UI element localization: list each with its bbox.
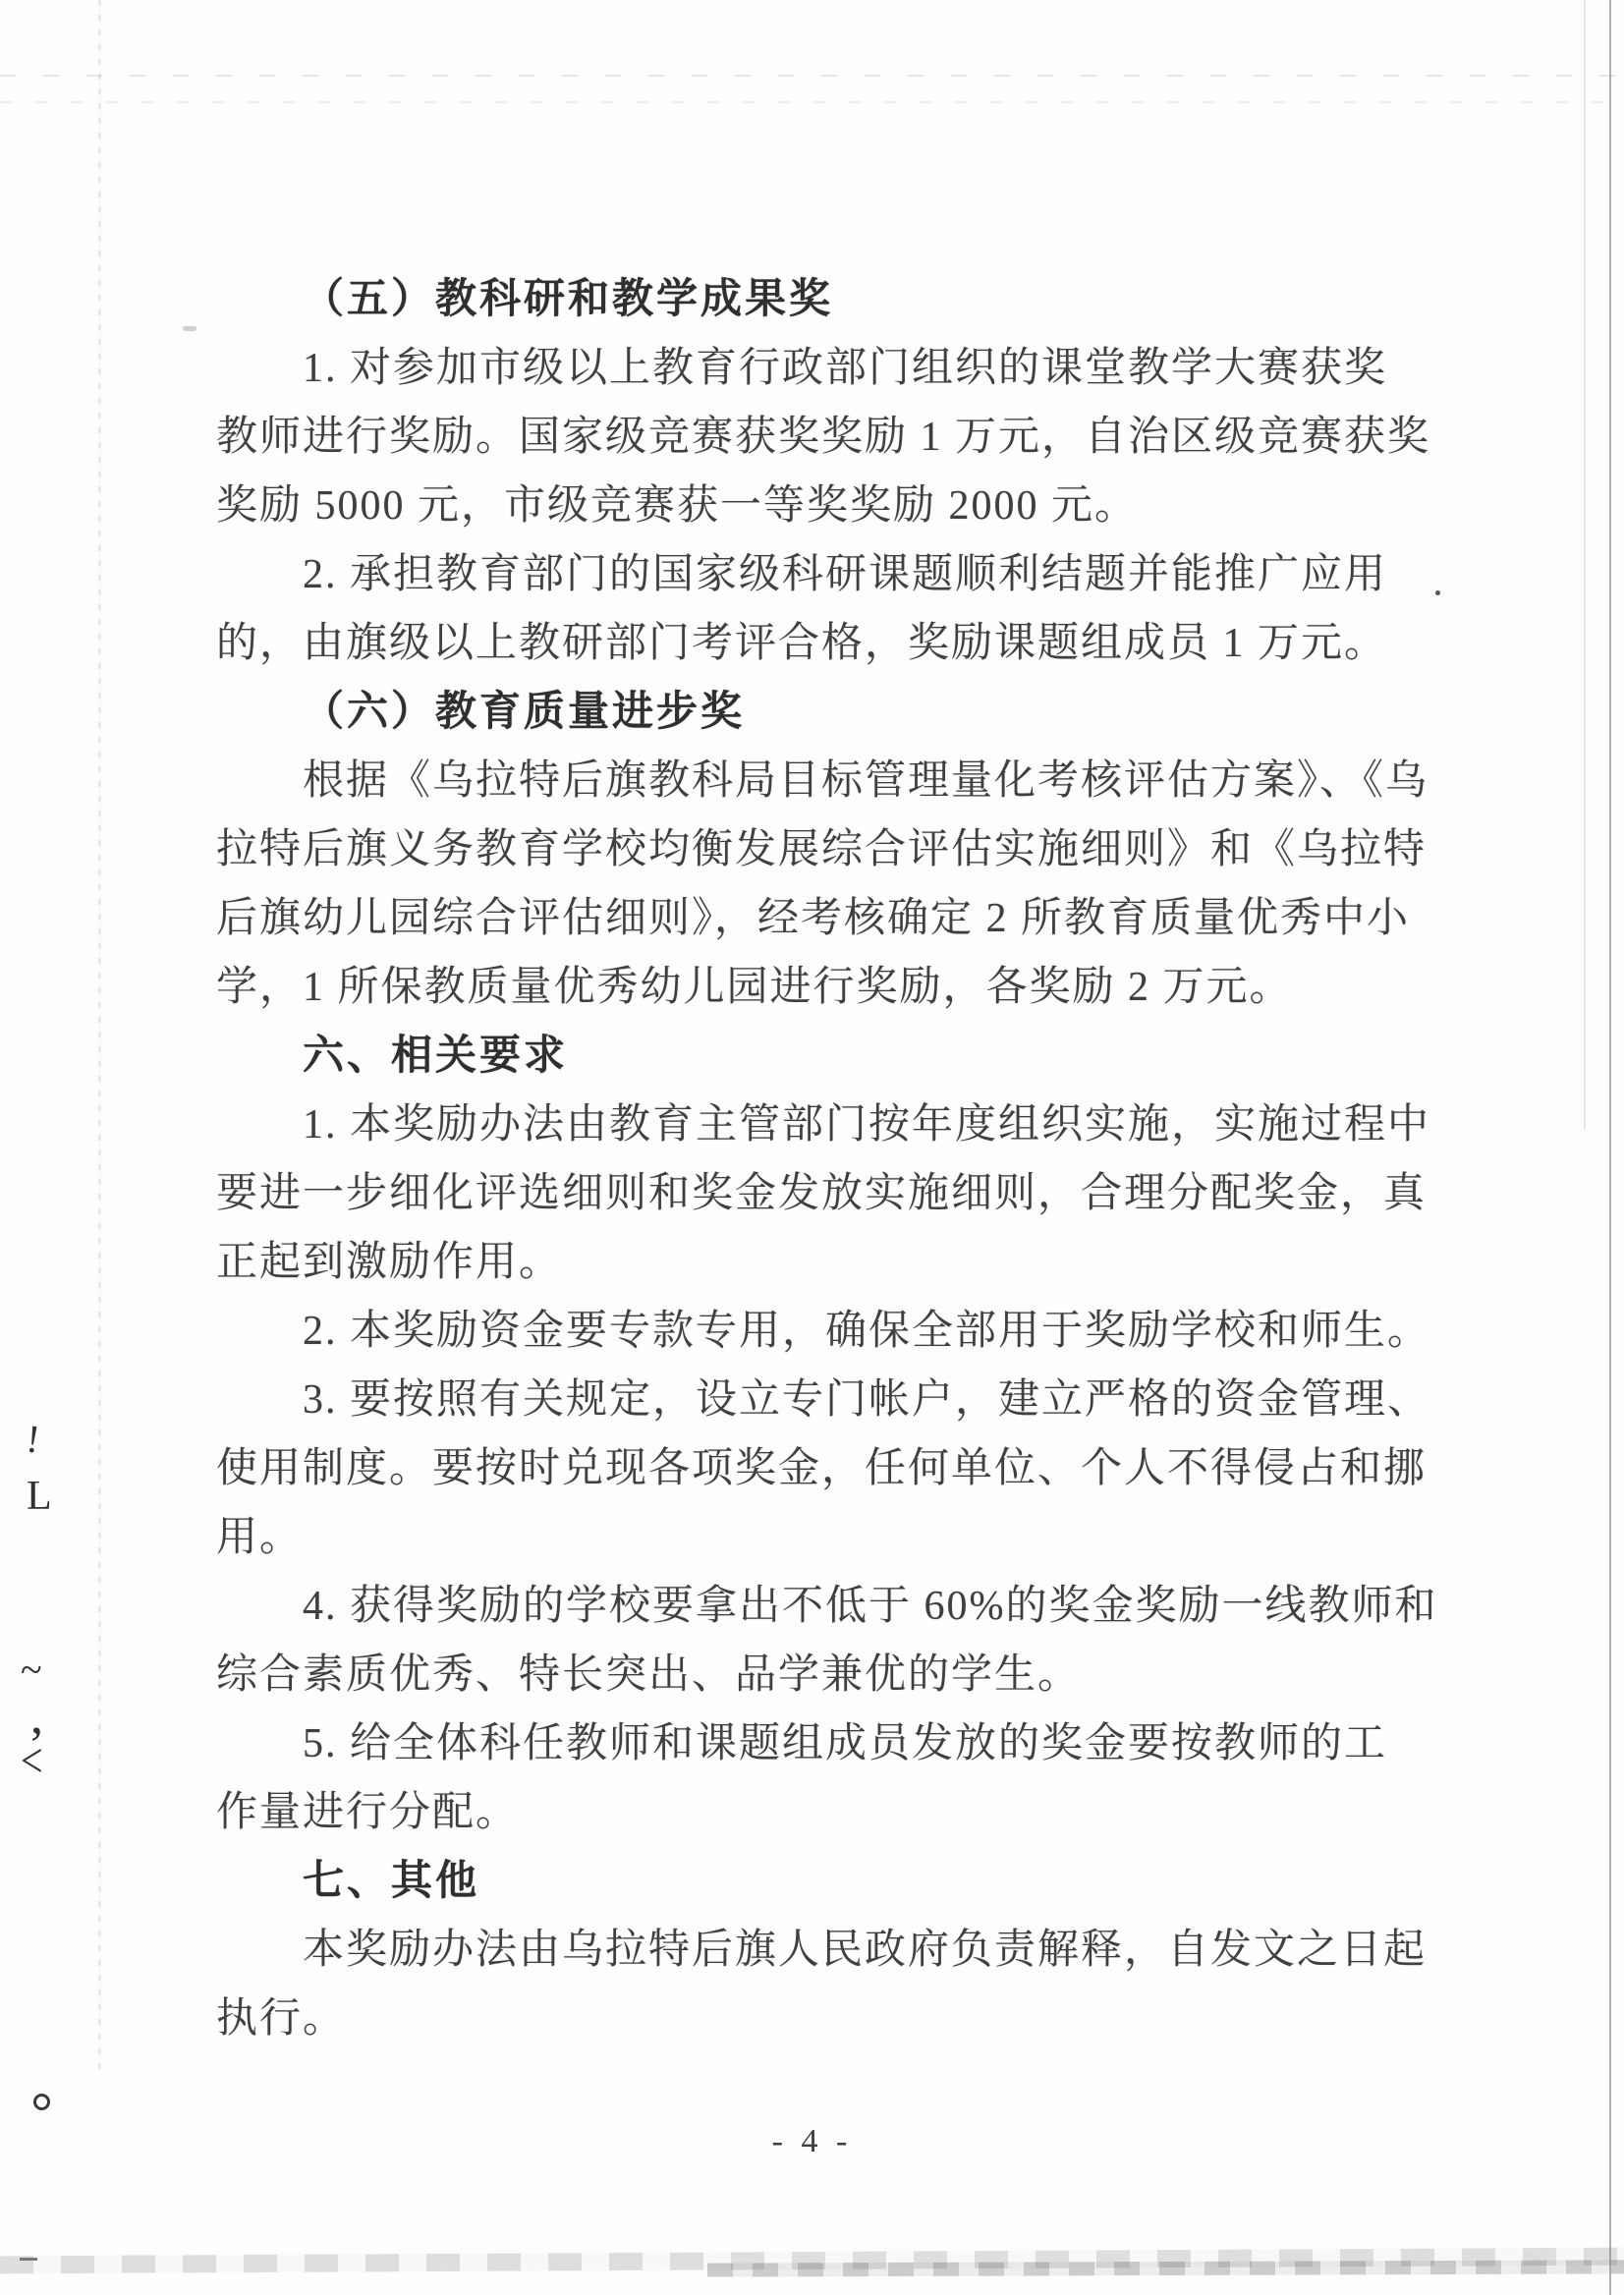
bottom-scan-noise-band-2 bbox=[707, 2260, 1624, 2276]
edge-cutoff-glyph: L bbox=[27, 1476, 52, 1517]
edge-cutoff-glyph: ! bbox=[25, 1419, 42, 1459]
doc-line: 5. 给全体科任教师和课题组成员发放的奖金要按教师的工 bbox=[216, 1709, 1454, 1778]
doc-line: 要进一步细化评选细则和奖金发放实施细则，合理分配奖金，真 bbox=[216, 1159, 1454, 1228]
section-heading-6: （六）教育质量进步奖 bbox=[216, 678, 1454, 747]
doc-line: 奖励 5000 元，市级竞赛获一等奖奖励 2000 元。 bbox=[216, 472, 1454, 540]
doc-line: 4. 获得奖励的学校要拿出不低于 60%的奖金奖励一线教师和 bbox=[216, 1572, 1454, 1641]
top-scan-noise-line-2 bbox=[0, 101, 1624, 103]
doc-line: 2. 承担教育部门的国家级科研课题顺利结题并能推广应用 bbox=[216, 540, 1454, 609]
edge-cutoff-glyph: ~ bbox=[21, 1651, 42, 1690]
edge-dash-mark bbox=[20, 2258, 37, 2261]
doc-line: 拉特后旗义务教育学校均衡发展综合评估实施细则》和《乌拉特 bbox=[216, 815, 1454, 884]
edge-cutoff-glyph: < bbox=[21, 1736, 43, 1785]
doc-line: 综合素质优秀、特长突出、品学兼优的学生。 bbox=[216, 1641, 1454, 1709]
doc-line: 根据《乌拉特后旗教科局目标管理量化考核评估方案》、《乌 bbox=[216, 747, 1454, 815]
section-heading-requirements: 六、相关要求 bbox=[216, 1022, 1454, 1091]
doc-line: 使用制度。要按时兑现各项奖金，任何单位、个人不得侵占和挪 bbox=[216, 1434, 1454, 1503]
section-heading-other: 七、其他 bbox=[216, 1847, 1454, 1916]
right-scan-edge-line bbox=[1609, 0, 1611, 2295]
section-heading-5: （五）教科研和教学成果奖 bbox=[216, 265, 1454, 334]
doc-line: 2. 本奖励资金要专款专用，确保全部用于奖励学校和师生。 bbox=[216, 1297, 1454, 1366]
doc-line: 用。 bbox=[216, 1503, 1454, 1572]
doc-line: 1. 本奖励办法由教育主管部门按年度组织实施，实施过程中 bbox=[216, 1091, 1454, 1159]
left-scan-edge-line bbox=[98, 0, 101, 2073]
right-scan-edge-line-faint bbox=[1584, 0, 1586, 1130]
doc-line: 后旗幼儿园综合评估细则》，经考核确定 2 所教育质量优秀中小 bbox=[216, 884, 1454, 953]
scanned-document-page: ! L ~ , < （五）教科研和教学成果奖 1. 对参加市级以上教育行政部门组… bbox=[0, 0, 1624, 2295]
doc-line: 的，由旗级以上教研部门考评合格，奖励课题组成员 1 万元。 bbox=[216, 609, 1454, 678]
top-scan-noise-line bbox=[0, 75, 1624, 77]
doc-line: 教师进行奖励。国家级竞赛获奖奖励 1 万元，自治区级竞赛获奖 bbox=[216, 403, 1454, 472]
doc-line: 本奖励办法由乌拉特后旗人民政府负责解释，自发文之日起 bbox=[216, 1916, 1454, 1985]
document-body: （五）教科研和教学成果奖 1. 对参加市级以上教育行政部门组织的课堂教学大赛获奖… bbox=[216, 265, 1454, 2053]
doc-line: 正起到激励作用。 bbox=[216, 1228, 1454, 1297]
doc-line: 作量进行分配。 bbox=[216, 1778, 1454, 1847]
doc-line: 3. 要按照有关规定，设立专门帐户，建立严格的资金管理、 bbox=[216, 1366, 1454, 1434]
page-number: - 4 - bbox=[0, 2107, 1624, 2176]
smudge-mark bbox=[183, 326, 196, 331]
doc-line: 执行。 bbox=[216, 1985, 1454, 2053]
doc-line: 1. 对参加市级以上教育行政部门组织的课堂教学大赛获奖 bbox=[216, 334, 1454, 403]
doc-line: 学，1 所保教质量优秀幼儿园进行奖励，各奖励 2 万元。 bbox=[216, 953, 1454, 1022]
